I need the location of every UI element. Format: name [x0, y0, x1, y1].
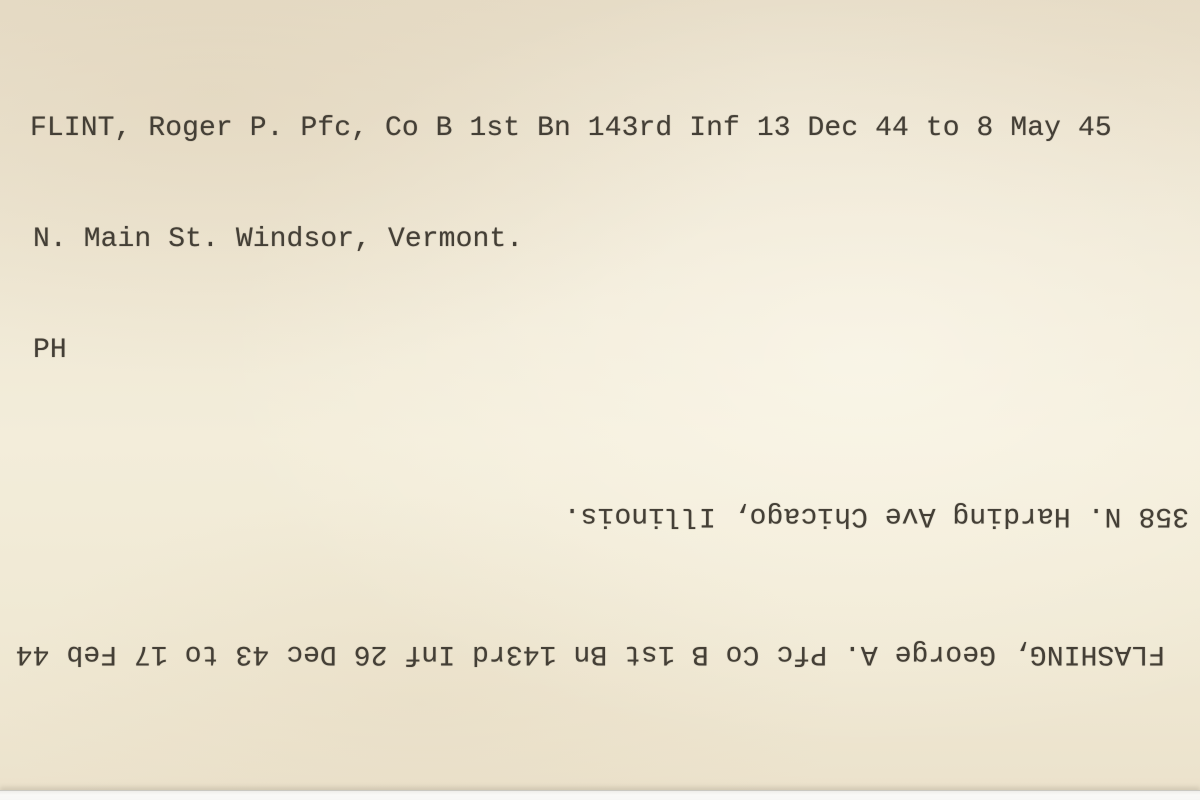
card-front-text-block: FLINT, Roger P. Pfc, Co B 1st Bn 143rd I… [30, 36, 1112, 443]
inverted-line-address: 358 N. Harding Ave Chicago, Illinois. [0, 492, 1200, 538]
card-inverted-text-block: FLASHING, George A. Pfc Co B 1st Bn 143r… [0, 676, 1200, 768]
front-line-address: N. Main St. Windsor, Vermont. [30, 221, 1112, 258]
front-line-award-ph: PH [30, 332, 1112, 369]
inverted-line-name-service: FLASHING, George A. Pfc Co B 1st Bn 143r… [0, 630, 1200, 676]
front-line-name-service: FLINT, Roger P. Pfc, Co B 1st Bn 143rd I… [30, 110, 1112, 147]
scanner-bed-edge-strip [0, 790, 1200, 800]
scanned-index-card: FLINT, Roger P. Pfc, Co B 1st Bn 143rd I… [0, 0, 1200, 800]
